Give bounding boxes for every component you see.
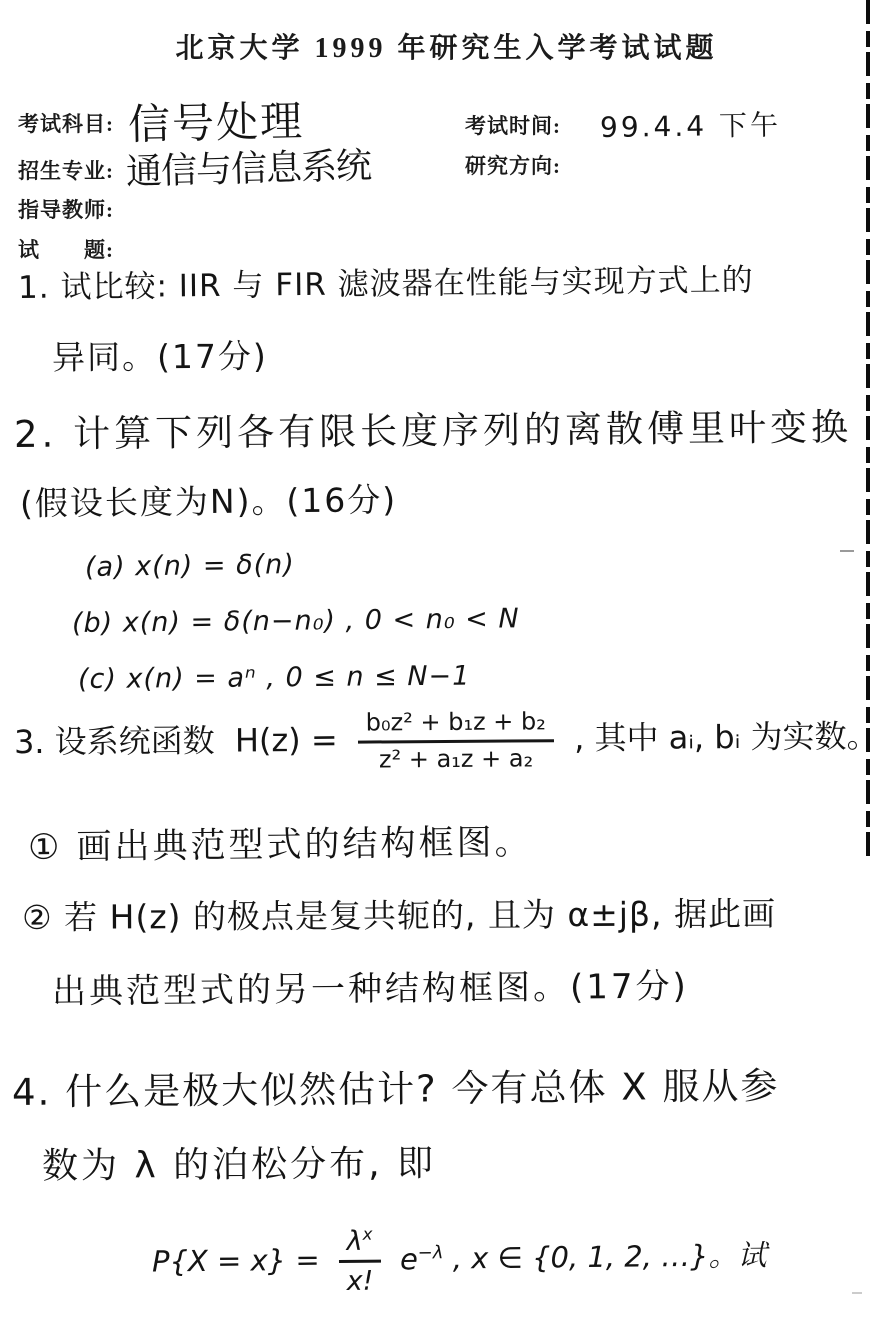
poisson-exp-term: e−λ [400, 1241, 444, 1275]
question-3-intro-line: 3. 设系统函数 H(z) = b₀z² + b₁z + b₂ z² + a₁z… [14, 706, 879, 776]
question-4-line-2: 数为 λ 的泊松分布, 即 [42, 1135, 436, 1189]
question-2-item-a: (a) x(n) = δ(n) [85, 549, 295, 583]
question-3-fraction-numerator: b₀z² + b₁z + b₂ [358, 708, 554, 743]
question-3-intro: 3. 设系统函数 [14, 722, 215, 761]
exp-exponent: −λ [418, 1242, 444, 1263]
poisson-fraction-numerator: λx [339, 1226, 381, 1263]
question-3-hz-lhs: H(z) = [235, 721, 338, 760]
scan-speck [840, 550, 854, 552]
question-3-fraction-denominator: z² + a₁z + a₂ [379, 742, 533, 774]
scan-speck [852, 1292, 862, 1294]
poisson-lhs: P{X = x} = [152, 1243, 320, 1279]
question-3-sub-2-line-2: 出典范型式的另一种结构框图。(17分) [52, 958, 689, 1013]
poisson-domain-tail: , x ∈ {0, 1, 2, …}。试 [453, 1238, 767, 1275]
subject-label: 考试科目: [18, 108, 114, 138]
question-1-line-2: 异同。(17分) [52, 330, 268, 379]
major-label: 招生专业: [18, 155, 114, 185]
lambda-exponent: x [362, 1224, 372, 1244]
question-3-fraction: b₀z² + b₁z + b₂ z² + a₁z + a₂ [358, 708, 555, 774]
major-value-handwritten: 通信与信息系统 [125, 138, 371, 195]
advisor-label: 指导教师: [18, 194, 114, 224]
poisson-fraction: λx x! [339, 1226, 382, 1298]
question-3-after-fraction: , 其中 aᵢ, bᵢ 为实数。 [574, 717, 879, 757]
question-3-sub-1: ① 画出典范型式的结构框图。 [28, 815, 533, 870]
exam-items-label: 试 题: [18, 234, 114, 264]
question-2-line-1: 2. 计算下列各有限长度序列的离散傅里叶变换 [14, 397, 853, 458]
question-3-sub-2-line-1: ② 若 H(z) 的极点是复共轭的, 且为 α±jβ, 据此画 [22, 888, 776, 939]
question-1-line-1: 1. 试比较: IIR 与 FIR 滤波器在性能与实现方式上的 [18, 254, 754, 307]
page-title: 北京大学 1999 年研究生入学考试试题 [0, 26, 893, 66]
poisson-fraction-denominator: x! [346, 1263, 373, 1297]
question-2-item-b: (b) x(n) = δ(n−n₀) , 0 < n₀ < N [72, 603, 520, 639]
time-value-handwritten: 99.4.4 下午 [600, 103, 782, 146]
question-4-line-1: 4. 什么是极大似然估计? 今有总体 X 服从参 [12, 1055, 780, 1116]
direction-label: 研究方向: [465, 150, 561, 180]
exp-base: e [400, 1242, 418, 1276]
question-4-formula-line: P{X = x} = λx x! e−λ , x ∈ {0, 1, 2, …}。… [152, 1222, 767, 1300]
lambda-base: λ [347, 1226, 363, 1257]
question-2-item-c: (c) x(n) = aⁿ , 0 ≤ n ≤ N−1 [78, 661, 471, 695]
scanned-exam-page: 北京大学 1999 年研究生入学考试试题 考试科目: 招生专业: 指导教师: 试… [0, 0, 893, 1333]
question-2-line-2: (假设长度为N)。(16分) [20, 474, 398, 525]
time-label: 考试时间: [465, 110, 561, 140]
